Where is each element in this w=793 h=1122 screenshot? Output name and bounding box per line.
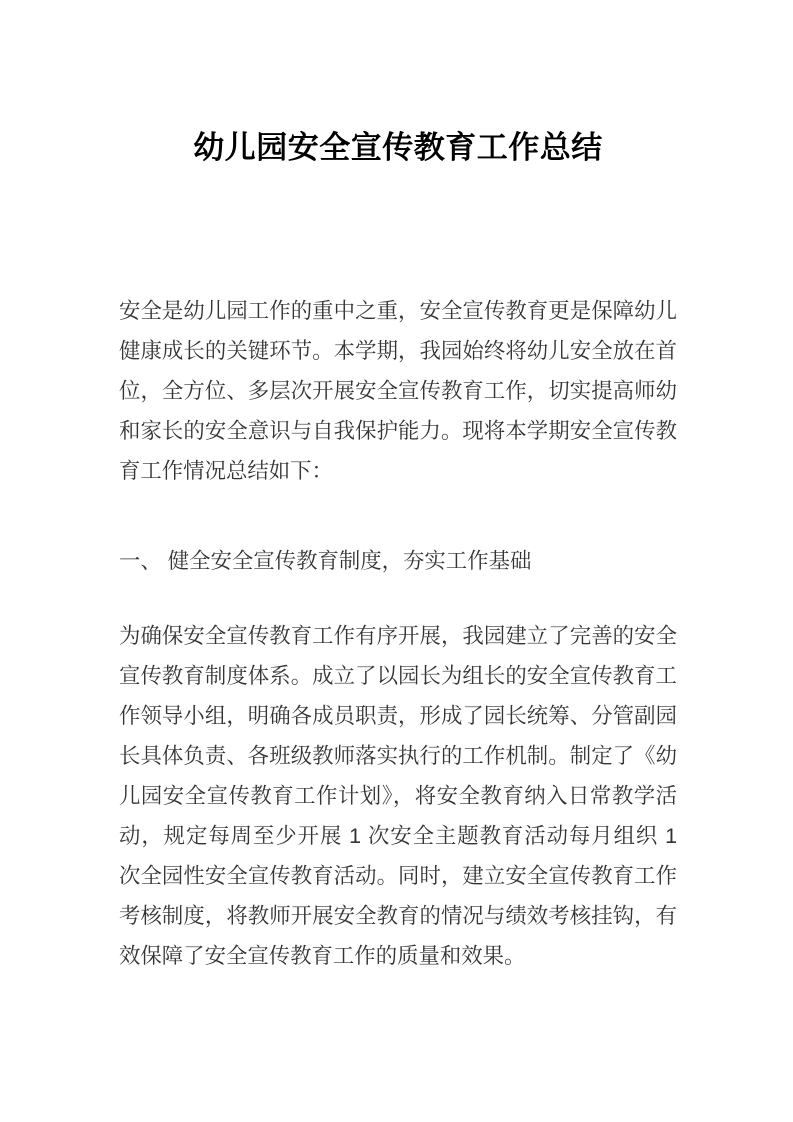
document-page: 幼儿园安全宣传教育工作总结 安全是幼儿园工作的重中之重，安全宣传教育更是保障幼儿…: [0, 0, 793, 1122]
paragraph-intro: 安全是幼儿园工作的重中之重，安全宣传教育更是保障幼儿健康成长的关键环节。本学期，…: [119, 291, 677, 491]
section-heading-1: 一、 健全安全宣传教育制度，夯实工作基础: [119, 541, 677, 581]
paragraph-section-1: 为确保安全宣传教育工作有序开展，我园建立了完善的安全宣传教育制度体系。成立了以园…: [119, 616, 677, 976]
document-title: 幼儿园安全宣传教育工作总结: [119, 126, 677, 170]
